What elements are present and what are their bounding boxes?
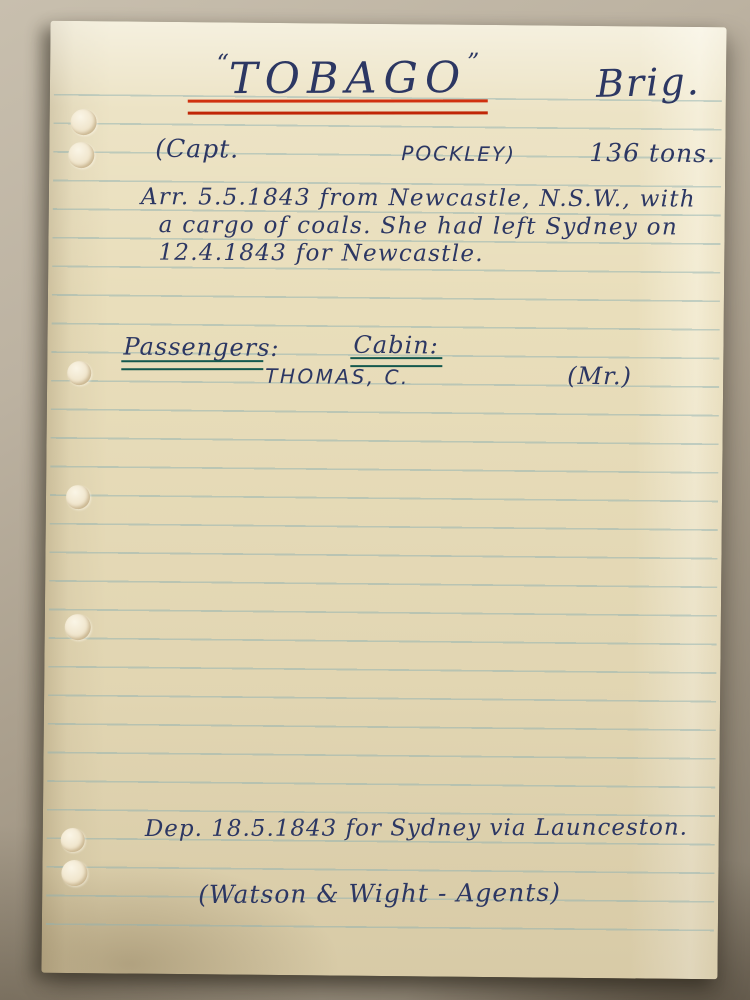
passenger-name: THOMAS, C. bbox=[265, 364, 410, 389]
ship-name: TOBAGO bbox=[229, 53, 467, 104]
passenger-title: (Mr.) bbox=[567, 362, 632, 391]
tonnage: 136 tons. bbox=[589, 138, 716, 168]
passengers-underline bbox=[121, 360, 263, 370]
title-red-underline bbox=[188, 99, 488, 114]
open-quote: “ bbox=[217, 49, 229, 77]
vessel-type: Brig. bbox=[595, 59, 701, 106]
punch-hole bbox=[67, 361, 91, 385]
cabin-heading: Cabin: bbox=[353, 331, 439, 360]
ship-title: “TOBAGO” bbox=[178, 53, 518, 104]
punch-hole bbox=[66, 485, 90, 509]
captain-prefix: (Capt. bbox=[155, 134, 239, 164]
departure-note: Dep. 18.5.1843 for Sydney via Launceston… bbox=[145, 815, 688, 842]
agents-note: (Watson & Wight - Agents) bbox=[198, 878, 561, 909]
punch-hole bbox=[70, 109, 96, 135]
arrival-line-1: Arr. 5.5.1843 from Newcastle, N.S.W., wi… bbox=[141, 184, 696, 212]
arrival-line-3: 12.4.1843 for Newcastle. bbox=[158, 240, 484, 267]
punch-hole bbox=[61, 828, 85, 852]
punch-hole bbox=[61, 860, 87, 886]
notebook-page: “TOBAGO” Brig. (Capt. POCKLEY) 136 tons.… bbox=[41, 21, 726, 979]
punch-hole bbox=[68, 142, 94, 168]
captain-name: POCKLEY) bbox=[401, 141, 516, 166]
arrival-line-2: a cargo of coals. She had left Sydney on bbox=[159, 212, 678, 240]
close-quote: ” bbox=[467, 48, 479, 76]
punch-hole bbox=[65, 614, 91, 640]
photo-background: { "document": { "ship": { "open_quote": … bbox=[0, 0, 750, 1000]
passengers-heading: Passengers: bbox=[123, 332, 279, 361]
